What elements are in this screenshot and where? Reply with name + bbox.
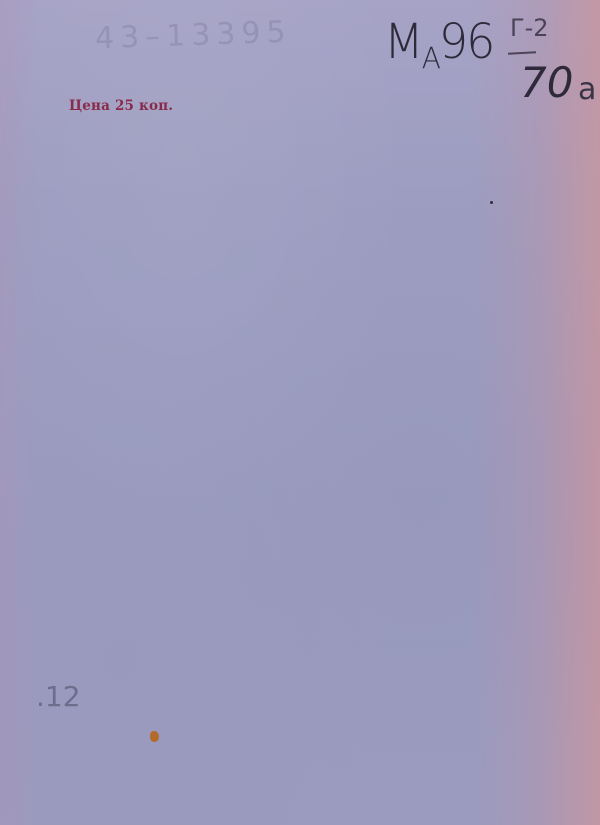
- ink-dot: [490, 201, 493, 204]
- paper-texture: [0, 0, 600, 825]
- book-back-cover: 43–13395 Цена 25 коп. МА96 Г-2 70 а .12: [0, 0, 600, 825]
- handwritten-bottom-mark: .12: [36, 680, 81, 713]
- stain-spot: [150, 731, 159, 742]
- faint-stamp-number: 43–13395: [94, 15, 292, 57]
- handwritten-fraction-top: Г-2: [510, 14, 549, 42]
- handwritten-catalog-code: МА96: [384, 13, 493, 70]
- catalog-code-main: М: [384, 13, 422, 70]
- fraction-line: [508, 51, 536, 54]
- handwritten-shelf-letter: а: [578, 72, 596, 107]
- catalog-code-sub: А: [422, 41, 439, 76]
- handwritten-shelf-number: 70: [520, 58, 573, 107]
- price-label: Цена 25 коп.: [69, 98, 173, 114]
- catalog-code-number: 96: [439, 13, 494, 70]
